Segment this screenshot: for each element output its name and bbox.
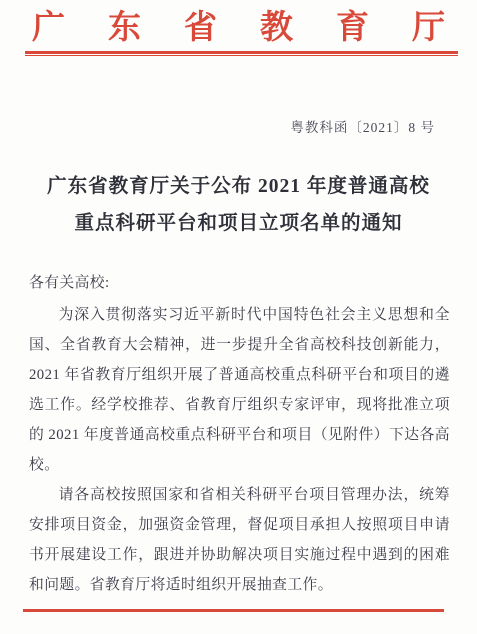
letterhead-divider — [25, 51, 458, 56]
official-document-page: 广东省教育厅 粤教科函〔2021〕8 号 广东省教育厅关于公布 2021 年度普… — [0, 0, 477, 634]
footer-divider — [23, 609, 444, 612]
paragraph-1: 为深入贯彻落实习近平新时代中国特色社会主义思想和全国、全省教育大会精神，进一步提… — [29, 300, 450, 480]
letterhead-divider-thick-line — [25, 51, 458, 54]
document-number: 粤教科函〔2021〕8 号 — [290, 116, 435, 136]
agency-name: 广东省教育厅 — [0, 7, 477, 49]
paragraph-2: 请各高校按照国家和省相关科研平台项目管理办法，统筹安排项目资金，加强资金管理，督… — [29, 480, 450, 600]
document-title-line-2: 重点科研平台和项目立项名单的通知 — [0, 205, 477, 242]
document-title: 广东省教育厅关于公布 2021 年度普通高校 重点科研平台和项目立项名单的通知 — [0, 168, 477, 242]
salutation: 各有关高校: — [29, 268, 450, 298]
letterhead-divider-thin-line — [25, 55, 458, 56]
letterhead: 广东省教育厅 — [0, 0, 477, 49]
document-title-line-1: 广东省教育厅关于公布 2021 年度普通高校 — [0, 168, 477, 205]
document-body: 各有关高校: 为深入贯彻落实习近平新时代中国特色社会主义思想和全国、全省教育大会… — [29, 268, 450, 600]
